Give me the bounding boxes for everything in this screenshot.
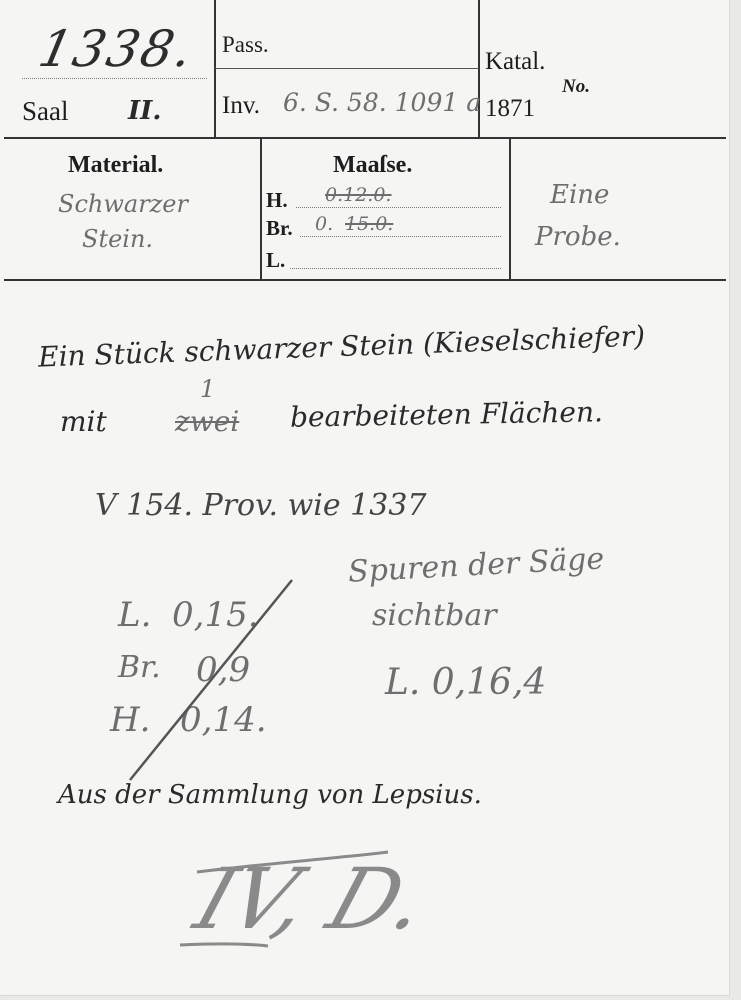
pencil-note-line1: Spuren der Säge [347,541,605,589]
dotted-line [290,268,501,269]
old-measure-h-label: H. [110,700,150,740]
dotted-line [22,78,207,79]
inv-value: 6. S. 58. 1091 a [283,88,481,117]
material-value-line1: Schwarzer [58,190,188,218]
location-mark: IV, D. [184,850,439,948]
description-line2-prefix: mit [60,405,107,438]
maasse-header: Maaſse. [333,152,412,179]
old-measure-br-label: Br. [118,650,161,685]
material-header: Material. [68,152,163,179]
description-line1: Ein Stück schwarzer Stein (Kieselschiefe… [38,319,646,373]
divider [214,0,216,138]
divider [260,138,262,281]
katal-year: 1871 [485,95,535,123]
divider [4,279,726,281]
provenance-note: V 154. Prov. wie 1337 [95,488,427,523]
old-measure-h-value: 0,14. [180,700,267,740]
remark-line1: Eine [550,180,609,210]
description-line2-insert: 1 [200,375,215,403]
description-line2-rest: bearbeiteten Flächen. [290,395,603,433]
divider [478,0,480,138]
object-number: 1338. [34,20,199,78]
katal-no-label: No. [562,76,590,98]
catalog-card: 1338. Saal II. Pass. Inv. 6. S. 58. 1091… [0,0,729,995]
dim-label-br: Br. [266,216,293,241]
katal-label: Katal. [485,48,545,76]
old-measure-br-value: 0,9 [196,650,250,690]
old-measure-l-label: L. [118,595,151,635]
description-line2-struck: zwei [175,405,239,438]
dim-value-h: 0.12.0. [325,184,391,206]
new-length-note: L. 0,16,4 [385,662,546,703]
dim-label-h: H. [266,188,288,213]
old-measure-l-value: 0,15. [172,595,259,635]
dotted-line [300,236,501,237]
inv-label: Inv. [222,92,260,120]
saal-value: II. [128,96,161,126]
pencil-note-line2: sichtbar [372,598,497,633]
dotted-line [296,207,501,208]
dim-value-br-prefix: 0. [315,213,333,235]
pass-label: Pass. [222,32,269,58]
divider [509,138,511,281]
divider [215,68,479,69]
divider [4,137,726,139]
collection-note: Aus der Sammlung von Lepsius. [58,780,482,810]
material-value-line2: Stein. [82,225,153,253]
dim-value-br: 15.0. [345,213,393,235]
saal-label: Saal [22,96,69,127]
dim-label-l: L. [266,248,285,273]
remark-line2: Probe. [535,222,621,252]
